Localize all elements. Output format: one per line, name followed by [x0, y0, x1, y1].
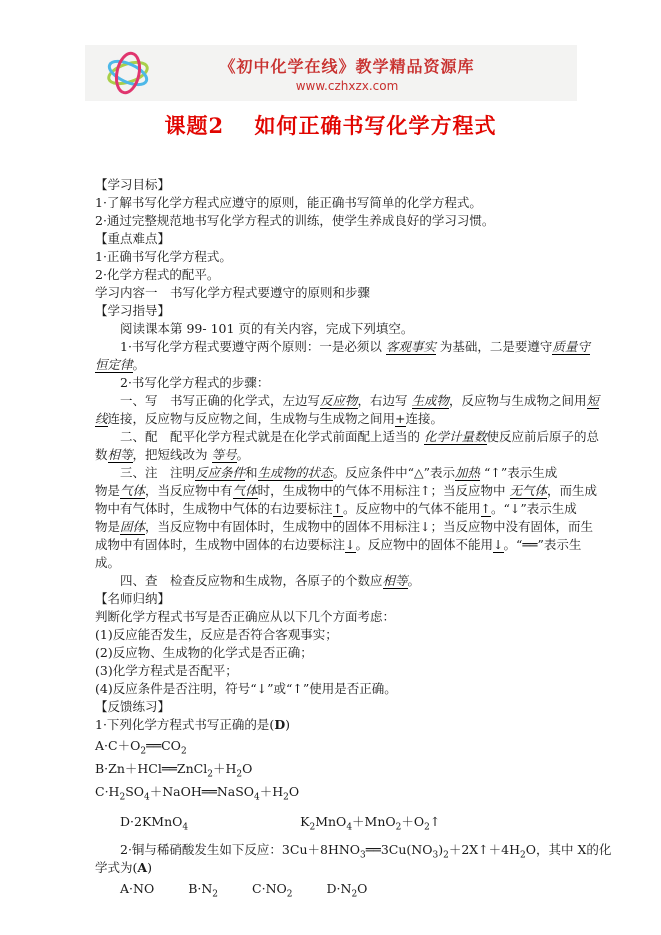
fill-in-answer: 恒定律: [95, 357, 133, 373]
text-run: MnO: [315, 814, 346, 829]
text-run: 1·下列化学方程式书写正确的是(: [95, 717, 274, 732]
fill-in-answer: 加热: [455, 465, 480, 481]
text-line: 学习内容一 书写化学方程式要遵守的原则和步骤: [95, 284, 579, 302]
text-run: 使反应前后原子的总: [487, 429, 600, 444]
text-line: 【名师归纳】: [95, 590, 579, 608]
text-run: 2: [287, 890, 293, 900]
text-line: A·C＋O2══CO2: [95, 737, 579, 755]
text-run: 【反馈练习】: [95, 699, 170, 714]
text-line: B·Zn＋HCl══ZnCl2＋H2O: [95, 760, 579, 778]
text-line: 1·下列化学方程式书写正确的是(D): [95, 716, 579, 734]
text-line: 三、注 注明反应条件和生成物的状态。反应条件中“△”表示加热 “↑”表示生成: [95, 464, 579, 482]
fill-in-answer: 无气体: [510, 483, 548, 499]
text-run: 。: [237, 447, 250, 462]
text-line: 线连接，反应物与反应物之间，生成物与生成物之间用+连接。: [95, 410, 579, 428]
text-run: 学习内容一 书写化学方程式要遵守的原则和步骤: [95, 285, 370, 300]
text-run: 三、注 注明: [120, 465, 195, 480]
equation-gap: [154, 892, 188, 893]
text-run: 2·书写化学方程式的步骤：: [120, 375, 269, 390]
text-run: 2·铜与稀硝酸发生如下反应：3Cu＋8HNO: [120, 842, 360, 857]
text-run: D·N: [327, 881, 352, 896]
text-line: D·2KMnO4K2MnO4＋MnO2＋O2↑: [95, 813, 579, 831]
fill-in-answer: 固体: [120, 519, 145, 535]
text-line: 物中有气体时，生成物中气体的右边要标注↑。反应物中的气体不能用↑。“↓”表示生成: [95, 500, 579, 518]
text-line: 二、配 配平化学方程式就是在化学式前面配上适当的 化学计量数使反应前后原子的总: [95, 428, 579, 446]
text-line: 学式为(A): [95, 859, 579, 877]
text-run: D·2KMnO: [120, 814, 182, 829]
text-run: ＋NaOH══NaSO: [150, 784, 254, 799]
fill-in-answer: +: [395, 411, 405, 427]
text-run: 1·书写化学方程式要遵守两个原则：一是必须以: [120, 339, 386, 354]
text-run: 为基础，二是要遵守: [436, 339, 552, 354]
text-run: O，其中 X的化: [526, 842, 612, 857]
text-line: 2·通过完整规范地书写化学方程式的训练，使学生养成良好的学习习惯。: [95, 212, 579, 230]
text-run: O: [242, 761, 252, 776]
text-line: 1·了解书写化学方程式应遵守的原则，能正确书写简单的化学方程式。: [95, 194, 579, 212]
text-run: 2: [181, 747, 187, 757]
text-run: ＋MnO: [352, 814, 396, 829]
equation-gap: [218, 892, 252, 893]
text-run: ，当反应物中有固体时，生成物中的固体不用标注↓；当反应物中没有固体，而生: [145, 519, 593, 534]
text-run: 4: [182, 823, 188, 833]
equation-gap: [293, 892, 327, 893]
text-line: 阅读课本第 99- 101 页的有关内容，完成下列填空。: [95, 320, 579, 338]
text-run: ↑: [430, 814, 440, 829]
text-run: 。反应条件中“△”表示: [333, 465, 455, 480]
text-line: 【学习指导】: [95, 302, 579, 320]
text-line: C·H2SO4＋NaOH══NaSO4＋H2O: [95, 783, 579, 801]
text-run: 【名师归纳】: [95, 591, 170, 606]
text-run: 。反应物中的固体不能用: [356, 537, 494, 552]
text-line: 2·化学方程式的配平。: [95, 266, 579, 284]
equation-gap: [188, 825, 300, 826]
text-run: ══3Cu(NO: [366, 842, 433, 857]
text-run: ＋H: [213, 761, 236, 776]
text-run: ，右边写: [358, 393, 412, 408]
text-run: 。: [133, 357, 146, 372]
text-line: A·NOB·N2C·NO2D·N2O: [95, 880, 579, 898]
atom-logo-icon: [99, 47, 157, 99]
text-run: (4)反应条件是否注明，符号“↓”或“↑”使用是否正确。: [95, 681, 397, 696]
text-run: 1·了解书写化学方程式应遵守的原则，能正确书写简单的化学方程式。: [95, 195, 482, 210]
text-line: (2)反应物、生成物的化学式是否正确；: [95, 644, 579, 662]
text-run: ＋O: [401, 814, 424, 829]
document-page: 《初中化学在线》教学精品资源库 www.czhxzx.com 课题2 如何正确书…: [0, 0, 661, 935]
text-run: ＋H: [260, 784, 283, 799]
fill-in-answer: 质量守: [552, 339, 590, 355]
text-line: 四、查 检查反应物和生成物，各原子的个数应相等。: [95, 572, 579, 590]
text-line: 1·正确书写化学方程式。: [95, 248, 579, 266]
text-run: A: [137, 860, 147, 875]
text-run: 。: [408, 573, 421, 588]
text-run: ，而生成: [547, 483, 597, 498]
text-run: A·NO: [120, 881, 154, 896]
text-run: (1)反应能否发生，反应是否符合客观事实；: [95, 627, 338, 642]
document-title: 课题2 如何正确书写化学方程式: [0, 110, 661, 140]
text-run: “↑”表示生成: [480, 465, 557, 480]
text-line: 【反馈练习】: [95, 698, 579, 716]
text-line: 【学习目标】: [95, 176, 579, 194]
text-run: 物是: [95, 483, 120, 498]
text-line: (3)化学方程式是否配平；: [95, 662, 579, 680]
text-run: 学式为(: [95, 860, 137, 875]
fill-in-answer: 相等: [383, 573, 408, 589]
text-run: 。“↓”表示生成: [491, 501, 577, 516]
text-run: 判断化学方程式书写是否正确应从以下几个方面考虑：: [95, 609, 395, 624]
text-run: 物中有气体时，生成物中气体的右边要标注: [95, 501, 333, 516]
text-run: B·Zn＋HCl══ZnCl: [95, 761, 207, 776]
text-run: (2)反应物、生成物的化学式是否正确；: [95, 645, 313, 660]
text-run: 二、配 配平化学方程式就是在化学式前面配上适当的: [120, 429, 424, 444]
text-run: D: [274, 717, 285, 732]
text-run: 连接，反应物与反应物之间，生成物与生成物之间用: [108, 411, 396, 426]
fill-in-answer: 短: [587, 393, 600, 409]
fill-in-answer: 等号: [212, 447, 237, 463]
text-run: ，把短线改为: [133, 447, 212, 462]
text-line: 物是气体，当反应物中有气体时，生成物中的气体不用标注↑；当反应物中 无气体，而生…: [95, 482, 579, 500]
text-run: 阅读课本第 99- 101 页的有关内容，完成下列填空。: [120, 321, 413, 336]
text-run: 2: [212, 890, 218, 900]
text-line: 物是固体，当反应物中有固体时，生成物中的固体不用标注↓；当反应物中没有固体，而生: [95, 518, 579, 536]
text-line: 一、写 书写正确的化学式，左边写反应物，右边写 生成物，反应物与生成物之间用短: [95, 392, 579, 410]
text-run: 1·正确书写化学方程式。: [95, 249, 232, 264]
text-run: C·H: [95, 784, 119, 799]
text-line: 1·书写化学方程式要遵守两个原则：一是必须以 客观事实 为基础，二是要遵守质量守: [95, 338, 579, 356]
fill-in-answer: 生成物的状态: [258, 465, 333, 481]
text-run: B·N: [188, 881, 212, 896]
text-run: 数: [95, 447, 108, 462]
text-run: 成物中有固体时，生成物中固体的右边要标注: [95, 537, 345, 552]
text-run: ，当反应物中有: [145, 483, 233, 498]
fill-in-answer: 反应条件: [195, 465, 245, 481]
text-run: 【重点难点】: [95, 231, 170, 246]
text-run: (3)化学方程式是否配平；: [95, 663, 238, 678]
text-line: 成。: [95, 554, 579, 572]
text-run: 时，生成物中的气体不用标注↑；当反应物中: [258, 483, 510, 498]
fill-in-answer: 客观事实: [386, 339, 436, 355]
fill-in-answer: 化学计量数: [424, 429, 487, 445]
text-run: 。“══”表示生: [504, 537, 582, 552]
text-run: A·C＋O: [95, 738, 140, 753]
text-line: 数相等，把短线改为 等号。: [95, 446, 579, 464]
text-line: 2·书写化学方程式的步骤：: [95, 374, 579, 392]
text-run: 连接。: [406, 411, 444, 426]
text-line: 【重点难点】: [95, 230, 579, 248]
fill-in-answer: 线: [95, 411, 108, 427]
text-run: ): [147, 860, 152, 875]
fill-in-answer: 相等: [108, 447, 133, 463]
text-run: ，反应物与生成物之间用: [449, 393, 587, 408]
text-run: 四、查 检查反应物和生成物，各原子的个数应: [120, 573, 383, 588]
text-run: 。反应物中的气体不能用: [343, 501, 481, 516]
text-line: 恒定律。: [95, 356, 579, 374]
fill-in-answer: 气体: [120, 483, 145, 499]
text-run: 2·通过完整规范地书写化学方程式的训练，使学生养成良好的学习习惯。: [95, 213, 494, 228]
text-line: 2·铜与稀硝酸发生如下反应：3Cu＋8HNO3══3Cu(NO3)2＋2X↑＋4…: [95, 841, 579, 859]
text-run: C·NO: [252, 881, 287, 896]
text-line: (1)反应能否发生，反应是否符合客观事实；: [95, 626, 579, 644]
text-run: 和: [245, 465, 258, 480]
fill-in-answer: 生成物: [412, 393, 450, 409]
text-run: ＋2X↑＋4H: [449, 842, 520, 857]
text-run: ): [285, 717, 290, 732]
fill-in-answer: 气体: [233, 483, 258, 499]
fill-in-answer: ↑: [481, 501, 491, 517]
text-run: O: [357, 881, 367, 896]
fill-in-answer: ↓: [493, 537, 503, 553]
text-run: SO: [125, 784, 144, 799]
site-url-link[interactable]: www.czhxzx.com: [157, 79, 537, 93]
text-line: (4)反应条件是否注明，符号“↓”或“↑”使用是否正确。: [95, 680, 579, 698]
fill-in-answer: ↑: [333, 501, 343, 517]
header-text-block: 《初中化学在线》教学精品资源库 www.czhxzx.com: [157, 54, 577, 93]
fill-in-answer: 反应物: [320, 393, 358, 409]
text-run: ══CO: [146, 738, 181, 753]
fill-in-answer: ↓: [345, 537, 355, 553]
site-header: 《初中化学在线》教学精品资源库 www.czhxzx.com: [85, 45, 577, 101]
text-line: 成物中有固体时，生成物中固体的右边要标注↓。反应物中的固体不能用↓。“══”表示…: [95, 536, 579, 554]
text-run: 物是: [95, 519, 120, 534]
document-body: 【学习目标】1·了解书写化学方程式应遵守的原则，能正确书写简单的化学方程式。2·…: [95, 176, 579, 898]
text-run: 成。: [95, 555, 120, 570]
text-run: 一、写 书写正确的化学式，左边写: [120, 393, 320, 408]
text-run: O: [289, 784, 299, 799]
text-run: 【学习指导】: [95, 303, 170, 318]
text-run: 【学习目标】: [95, 177, 170, 192]
site-title: 《初中化学在线》教学精品资源库: [157, 54, 537, 77]
text-line: 判断化学方程式书写是否正确应从以下几个方面考虑：: [95, 608, 579, 626]
text-run: 2·化学方程式的配平。: [95, 267, 219, 282]
